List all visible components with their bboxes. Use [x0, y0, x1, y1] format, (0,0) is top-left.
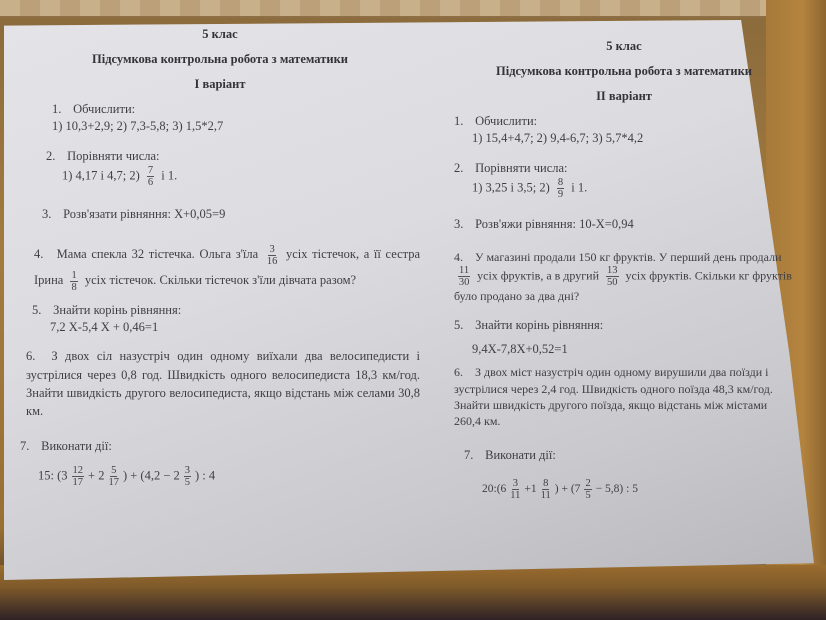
task-label: Розв'яжи рівняння: 10-X=0,94	[475, 217, 634, 231]
grade-label: 5 клас	[454, 38, 794, 55]
header: 5 клас Підсумкова контрольна робота з ма…	[454, 38, 794, 105]
test-title: Підсумкова контрольна робота з математик…	[20, 51, 420, 68]
fraction: 1130	[458, 265, 470, 288]
task-content: 1) 10,3+2,9; 2) 7,3-5,8; 3) 1,5*2,7	[52, 118, 420, 135]
task-content: 9,4X-7,8X+0,52=1	[454, 341, 794, 358]
task-6: 6. З двох сіл назустріч один одному виїх…	[20, 347, 420, 420]
task-1: 1. Обчислити: 1) 10,3+2,9; 2) 7,3-5,8; 3…	[20, 101, 420, 135]
task-5: 5. Знайти корінь рівняння: 9,4X-7,8X+0,5…	[454, 317, 794, 359]
task-label: Знайти корінь рівняння:	[53, 303, 181, 317]
fraction: 76	[147, 165, 154, 188]
variant-label: І варіант	[20, 76, 420, 93]
variant-2: 5 клас Підсумкова контрольна робота з ма…	[454, 38, 794, 501]
task-2: 2. Порівняти числа: 1) 4,17 і 4,7; 2) 76…	[20, 148, 420, 188]
task-label: Виконати дії:	[485, 448, 556, 462]
expression: 20:(6311+1811) + (725− 5,8) : 5	[464, 478, 794, 501]
task-label: Порівняти числа:	[475, 161, 567, 175]
task-3: 3. Розв'язати рівняння: X+0,05=9	[20, 206, 420, 223]
variant-1: 5 клас Підсумкова контрольна робота з ма…	[20, 26, 420, 488]
task-content: 1) 15,4+4,7; 2) 9,4-6,7; 3) 5,7*4,2	[454, 130, 794, 147]
variant-label: ІІ варіант	[454, 88, 794, 105]
task-label: Обчислити:	[475, 114, 537, 128]
task-4: 4. Мама спекла 32 тістечка. Ольга з'їла …	[20, 241, 420, 294]
task-4: 4. У магазині продали 150 кг фруктів. У …	[454, 249, 794, 304]
task-label: Розв'язати рівняння: X+0,05=9	[63, 207, 225, 221]
task-label: Знайти корінь рівняння:	[475, 318, 603, 332]
header: 5 клас Підсумкова контрольна робота з ма…	[20, 26, 420, 93]
expression: 15: (31217+ 2517) + (4,2 − 235) : 4	[20, 465, 420, 488]
task-7: 7. Виконати дії: 20:(6311+1811) + (725− …	[454, 447, 794, 501]
test-title: Підсумкова контрольна робота з математик…	[454, 63, 794, 80]
grade-label: 5 клас	[20, 26, 420, 43]
task-1: 1. Обчислити: 1) 15,4+4,7; 2) 9,4-6,7; 3…	[454, 113, 794, 147]
task-label: Виконати дії:	[41, 439, 112, 453]
task-6: 6. З двох міст назустріч один одному вир…	[454, 364, 794, 429]
task-2: 2. Порівняти числа: 1) 3,25 і 3,5; 2) 89…	[454, 160, 794, 200]
task-label: Порівняти числа:	[67, 149, 159, 163]
fraction: 316	[267, 244, 278, 267]
task-label: Обчислити:	[73, 102, 135, 116]
binder-strip	[0, 0, 826, 18]
task-3: 3. Розв'яжи рівняння: 10-X=0,94	[454, 216, 794, 233]
fraction: 1350	[606, 265, 619, 288]
task-5: 5. Знайти корінь рівняння: 7,2 X-5,4 X +…	[20, 302, 420, 336]
task-7: 7. Виконати дії: 15: (31217+ 2517) + (4,…	[20, 438, 420, 488]
task-content: 7,2 X-5,4 X + 0,46=1	[32, 319, 420, 336]
fraction: 89	[557, 177, 564, 200]
fraction: 18	[70, 270, 77, 293]
